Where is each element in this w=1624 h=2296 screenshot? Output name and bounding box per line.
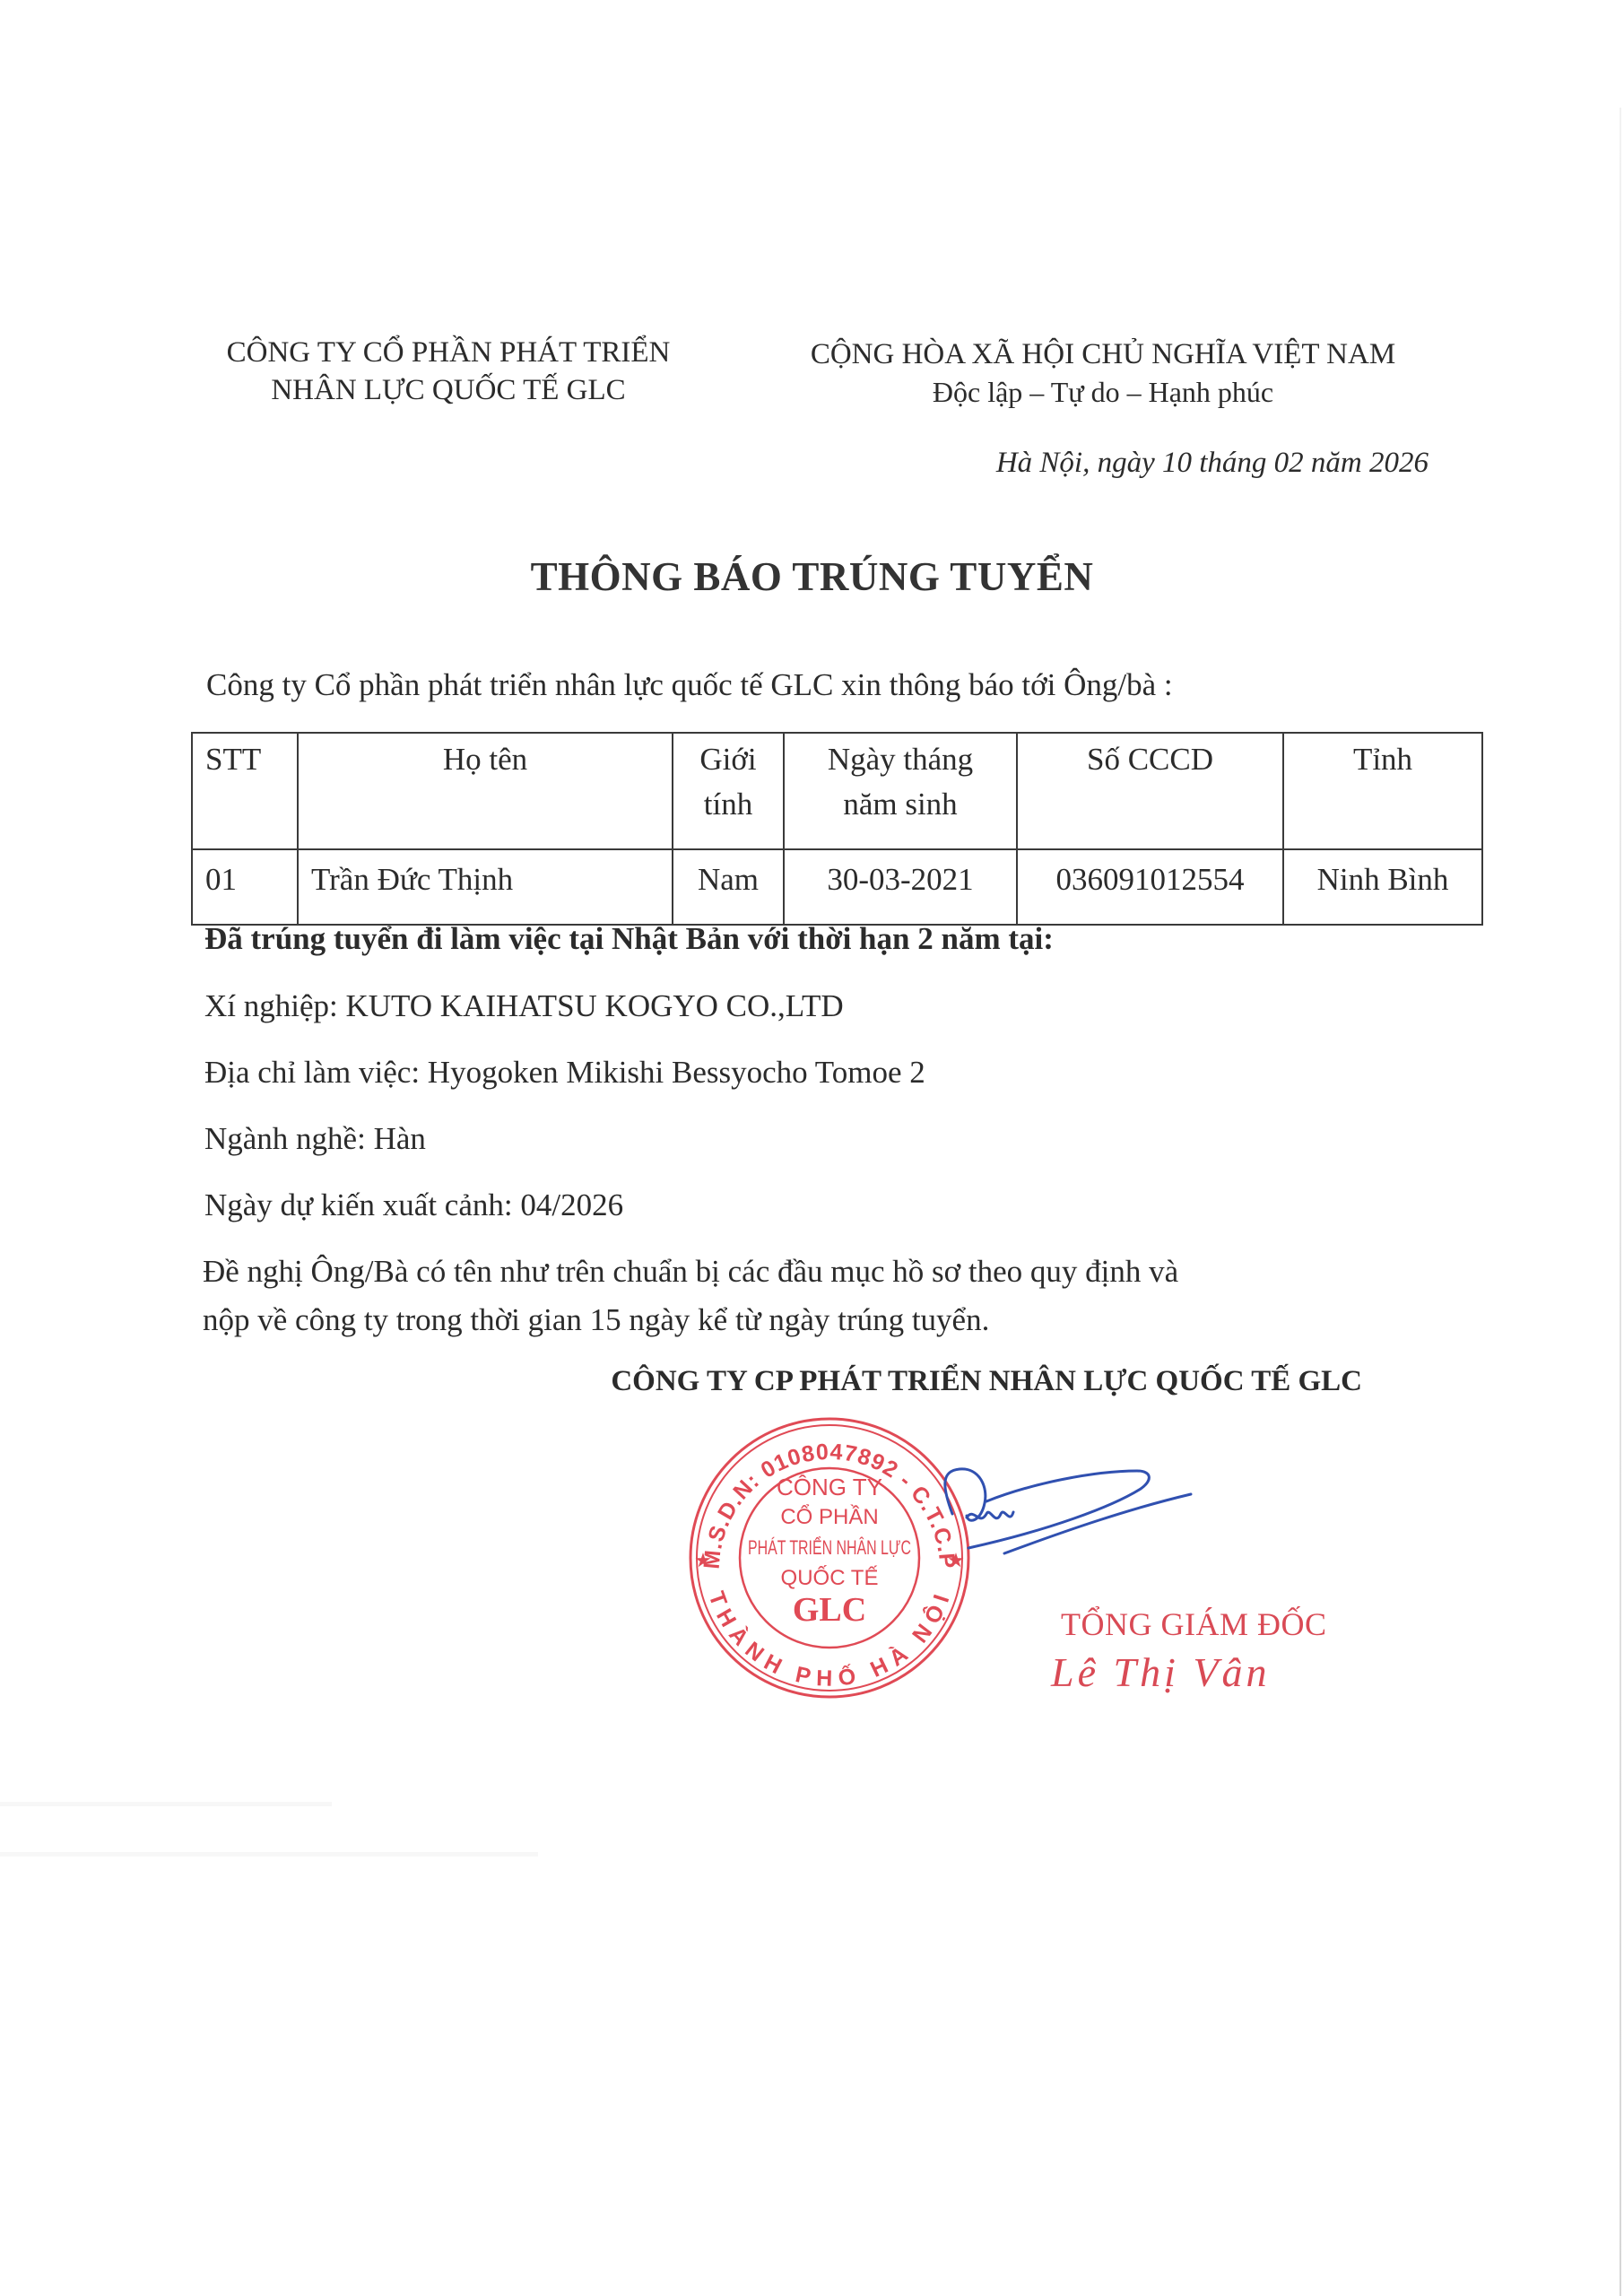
company-header: CÔNG TY CỔ PHẦN PHÁT TRIỂN NHÂN LỰC QUỐC… [179, 334, 717, 409]
stamp-line2: CỔ PHẦN [780, 1504, 878, 1529]
table-header-row: STT Họ tên Giới tính Ngày tháng năm sinh… [192, 733, 1482, 849]
company-name-line2: NHÂN LỰC QUỐC TẾ GLC [179, 371, 717, 409]
column-header-province: Tỉnh [1283, 733, 1482, 849]
intro-text: Công ty Cổ phần phát triển nhân lực quốc… [206, 667, 1173, 703]
cell-stt: 01 [192, 849, 298, 925]
cell-cccd: 036091012554 [1017, 849, 1283, 925]
stamp-line4: QUỐC TẾ [781, 1565, 879, 1590]
departure-line: Ngày dự kiến xuất cảnh: 04/2026 [204, 1187, 623, 1223]
cell-gender: Nam [673, 849, 784, 925]
director-title: TỔNG GIÁM ĐỐC [1061, 1605, 1327, 1643]
table-row: 01 Trần Đức Thịnh Nam 30-03-2021 0360910… [192, 849, 1482, 925]
place-date: Hà Nội, ngày 10 tháng 02 năm 2026 [996, 447, 1429, 480]
employer-line: Xí nghiệp: KUTO KAIHATSU KOGYO CO.,LTD [204, 988, 844, 1024]
candidate-table: STT Họ tên Giới tính Ngày tháng năm sinh… [191, 732, 1483, 926]
column-header-gender: Giới tính [673, 733, 784, 849]
handwritten-signature-icon [933, 1444, 1220, 1578]
national-header: CỘNG HÒA XÃ HỘI CHỦ NGHĨA VIỆT NAM Độc l… [762, 335, 1444, 411]
svg-text:★: ★ [694, 1549, 712, 1571]
director-name: Lê Thị Vân [1051, 1648, 1270, 1696]
stamp-line3: PHÁT TRIỂN NHÂN LỰC [748, 1536, 911, 1559]
document-title: THÔNG BÁO TRÚNG TUYỂN [0, 553, 1624, 600]
cell-province: Ninh Bình [1283, 849, 1482, 925]
column-header-name: Họ tên [298, 733, 673, 849]
occupation-line: Ngành nghề: Hàn [204, 1121, 426, 1157]
scan-artifact [0, 1802, 332, 1806]
request-line-1: Đề nghị Ông/Bà có tên như trên chuẩn bị … [203, 1254, 1178, 1290]
stamp-line1: CÔNG TY [777, 1474, 882, 1500]
company-name-line1: CÔNG TY CỔ PHẦN PHÁT TRIỂN [179, 334, 717, 371]
cell-name: Trần Đức Thịnh [298, 849, 673, 925]
signing-company: CÔNG TY CP PHÁT TRIỂN NHÂN LỰC QUỐC TẾ G… [611, 1365, 1362, 1398]
column-header-dob: Ngày tháng năm sinh [784, 733, 1017, 849]
nation-name: CỘNG HÒA XÃ HỘI CHỦ NGHĨA VIỆT NAM [762, 335, 1444, 373]
column-header-stt: STT [192, 733, 298, 849]
result-heading: Đã trúng tuyển đi làm việc tại Nhật Bản … [204, 921, 1054, 957]
scan-page-edge [1620, 108, 1621, 2296]
request-line-2: nộp về công ty trong thời gian 15 ngày k… [203, 1302, 989, 1338]
scan-artifact [0, 1852, 538, 1857]
cell-dob: 30-03-2021 [784, 849, 1017, 925]
stamp-line5: GLC [793, 1591, 866, 1629]
address-line: Địa chỉ làm việc: Hyogoken Mikishi Bessy… [204, 1055, 925, 1091]
national-motto: Độc lập – Tự do – Hạnh phúc [762, 373, 1444, 411]
column-header-cccd: Số CCCD [1017, 733, 1283, 849]
